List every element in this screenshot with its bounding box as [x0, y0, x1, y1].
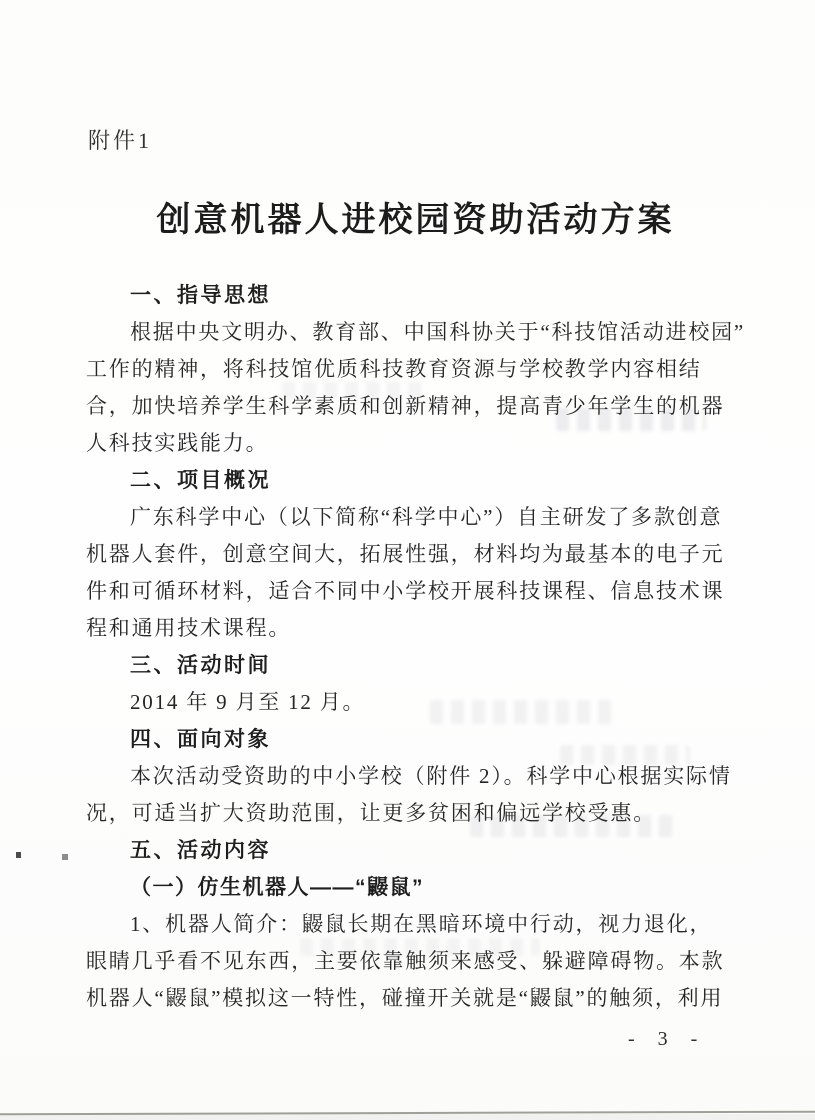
document-body: 一、指导思想 根据中央文明办、教育部、中国科协关于“科技馆活动进校园” 工作的精…	[86, 277, 718, 1017]
body-line: 广东科学中心（以下简称“科学中心”）自主研发了多款创意	[86, 499, 718, 536]
body-line: 根据中央文明办、教育部、中国科协关于“科技馆活动进校园”	[86, 314, 718, 351]
document-title: 创意机器人进校园资助活动方案	[0, 192, 815, 241]
body-line: 合，加快培养学生科学素质和创新精神，提高青少年学生的机器	[86, 388, 718, 425]
ink-speck	[62, 854, 68, 860]
body-line: 机器人套件，创意空间大，拓展性强，材料均为最基本的电子元	[86, 536, 718, 573]
attachment-label: 附件1	[88, 124, 152, 155]
section-heading: 三、活动时间	[86, 647, 718, 684]
section-heading: 一、指导思想	[86, 277, 718, 314]
body-line: 况，可适当扩大资助范围，让更多贫困和偏远学校受惠。	[86, 795, 718, 832]
body-line: 1、机器人简介：鼹鼠长期在黑暗环境中行动，视力退化，	[86, 906, 718, 943]
body-line: 眼睛几乎看不见东西，主要依靠触须来感受、躲避障碍物。本款	[86, 943, 718, 980]
ink-speck	[16, 852, 21, 858]
body-line: 机器人“鼹鼠”模拟这一特性，碰撞开关就是“鼹鼠”的触须，利用	[86, 980, 718, 1017]
section-heading: 四、面向对象	[86, 721, 718, 758]
body-line: 件和可循环材料，适合不同中小学校开展科技课程、信息技术课	[86, 573, 718, 610]
section-heading: 二、项目概况	[86, 462, 718, 499]
section-heading: 五、活动内容	[86, 832, 718, 869]
body-line: 程和通用技术课程。	[86, 610, 718, 647]
body-line: 2014 年 9 月至 12 月。	[86, 684, 718, 721]
page-number: - 3 -	[628, 1028, 706, 1051]
body-line: 工作的精神，将科技馆优质科技教育资源与学校教学内容相结	[86, 351, 718, 388]
scanned-document-page: 附件1 创意机器人进校园资助活动方案 一、指导思想 根据中央文明办、教育部、中国…	[0, 0, 815, 1120]
body-line: 本次活动受资助的中小学校（附件 2）。科学中心根据实际情	[86, 758, 718, 795]
subsection-heading: （一）仿生机器人——“鼹鼠”	[86, 869, 718, 906]
body-line: 人科技实践能力。	[86, 425, 718, 462]
